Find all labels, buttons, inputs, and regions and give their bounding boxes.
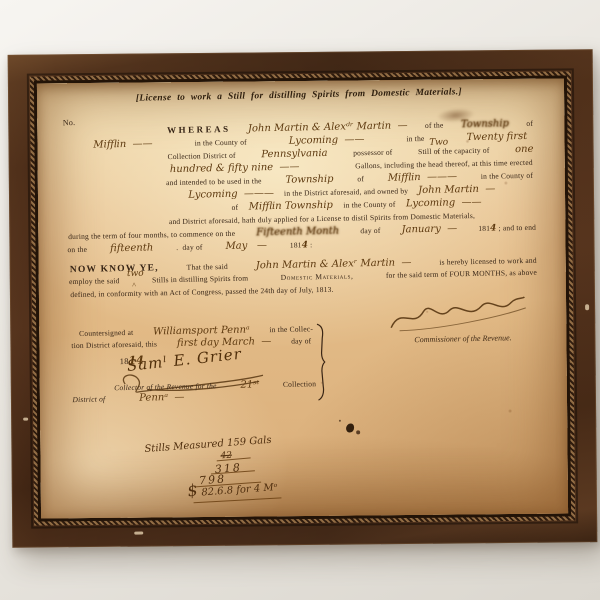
- printed-text: 181: [290, 240, 302, 249]
- note-stills-measured: Stills Measured 159 Gals: [144, 435, 272, 455]
- printed-text: in the County of: [195, 138, 247, 148]
- printed-text: That the said: [187, 262, 229, 272]
- printed-text: possessor of: [353, 148, 392, 158]
- printed-text: WHEREAS: [167, 124, 231, 135]
- printed-brace: [314, 323, 328, 401]
- printed-text: Countersigned at: [79, 328, 133, 338]
- commissioner-title: Commissioner of the Revenue.: [414, 333, 511, 344]
- body-line: defined, in conformity with an Act of Co…: [70, 285, 334, 299]
- inserted-word-two: Two: [429, 137, 448, 147]
- printed-text: employ the said: [69, 276, 120, 286]
- number-label: No.: [63, 118, 76, 127]
- handwritten-text: Lycoming ——: [289, 134, 365, 147]
- handwritten-state: Pennᵃ —: [139, 392, 184, 404]
- license-document-paper: [License to work a Still for distilling …: [37, 78, 568, 518]
- printed-text: is hereby licensed to work and: [439, 256, 537, 267]
- handwritten-text: Township: [285, 174, 333, 186]
- printed-text: District of: [72, 394, 105, 404]
- printed-text: . day of: [176, 242, 203, 252]
- printed-text: of the: [425, 121, 444, 130]
- handwritten-text: Mifflin Township: [249, 200, 333, 213]
- body-line: of Mifflin Township in the County of Lyc…: [232, 197, 482, 213]
- printed-text: and intended to be used in the: [166, 176, 262, 187]
- wood-frame: [License to work a Still for distilling …: [8, 49, 598, 548]
- handwritten-text: Mifflin ———: [388, 171, 458, 183]
- handwritten-names: John Martin & Alexʳ Martin —: [256, 257, 412, 271]
- handwritten-text: Mifflin ——: [93, 138, 153, 150]
- handwritten-text: January —: [401, 223, 457, 235]
- inserted-word-two: two: [127, 269, 144, 279]
- commissioner-signature: [386, 289, 529, 336]
- printed-text: 181: [478, 224, 490, 233]
- ink-spot: [356, 430, 360, 434]
- ink-spot: [346, 423, 354, 432]
- photo-of-framed-license: [License to work a Still for distilling …: [0, 0, 600, 600]
- printed-text: tion District aforesaid, this: [71, 339, 157, 350]
- printed-text: Collector of the Revenue for the: [114, 381, 217, 392]
- printed-text: day of: [360, 226, 380, 235]
- body-line: on the fifteenth . day of May — 1814 :: [67, 239, 312, 255]
- printed-text: in the District aforesaid, and owned by: [284, 186, 408, 197]
- date-group: 1814 ; and to end: [478, 223, 536, 234]
- printed-text: Stills in distilling Spirits from: [152, 274, 248, 285]
- tally-stroke: [194, 497, 282, 503]
- printed-text: during the term of four months, to comme…: [68, 229, 235, 241]
- handwritten-text: fifteenth: [110, 242, 153, 254]
- printed-text: in the: [406, 134, 424, 143]
- printed-text: :: [308, 240, 313, 249]
- handwritten-text: one: [515, 144, 534, 155]
- handwritten-names: John Martin & Alexᵈʳ Martin —: [248, 120, 408, 134]
- dollar-flourish: $: [186, 480, 199, 500]
- printed-text: in the County of: [481, 171, 533, 181]
- printed-text: Collection District of: [167, 151, 235, 161]
- handwritten-text: Township: [461, 118, 509, 130]
- printed-text: Gallons, including the head thereof, at …: [355, 158, 533, 171]
- printed-smallcaps-text: Domestic Materials,: [281, 271, 354, 281]
- printed-text: of: [232, 203, 239, 212]
- frame-wear-chip: [134, 532, 143, 535]
- printed-text: in the County of: [343, 200, 395, 210]
- printed-text: for the said term of FOUR MONTHS, as abo…: [386, 268, 537, 280]
- printed-text: Collection: [283, 379, 316, 389]
- printed-text: ; and to end: [496, 223, 536, 233]
- document-title: [License to work a Still for distilling …: [37, 85, 563, 106]
- document-content: [License to work a Still for distilling …: [37, 78, 568, 518]
- handwritten-text: May —: [225, 240, 267, 252]
- collector-district-line: District of Pennᵃ —: [72, 392, 184, 405]
- printed-text: day of: [291, 336, 311, 345]
- handwritten-text: John Martin —: [418, 184, 495, 197]
- handwritten-text: Lycoming ——: [406, 197, 482, 210]
- ink-spot: [339, 420, 341, 422]
- printed-text: NOW KNOW YE,: [70, 263, 159, 275]
- handwritten-text: Lycoming ———: [188, 188, 274, 201]
- frame-wear-chip: [585, 304, 589, 310]
- printed-text: in the Collec-: [269, 324, 313, 334]
- frame-wear-chip: [23, 418, 28, 421]
- printed-text: of: [357, 174, 364, 183]
- handwritten-place: Williamsport Pennᵃ: [153, 325, 250, 338]
- handwritten-smudged-text: Fifteenth Month: [256, 226, 339, 239]
- insertion-caret: ^: [435, 149, 439, 158]
- printed-text: of: [526, 119, 533, 128]
- date-group: 1814 :: [290, 240, 313, 250]
- printed-text: on the: [67, 245, 87, 254]
- handwritten-district-number: 21ˢᵗ: [240, 379, 259, 390]
- handwritten-text: Twenty first: [466, 131, 527, 143]
- handwritten-text: Pennsylvania: [261, 148, 327, 160]
- handwritten-text: hundred & fifty nine ——: [170, 161, 300, 175]
